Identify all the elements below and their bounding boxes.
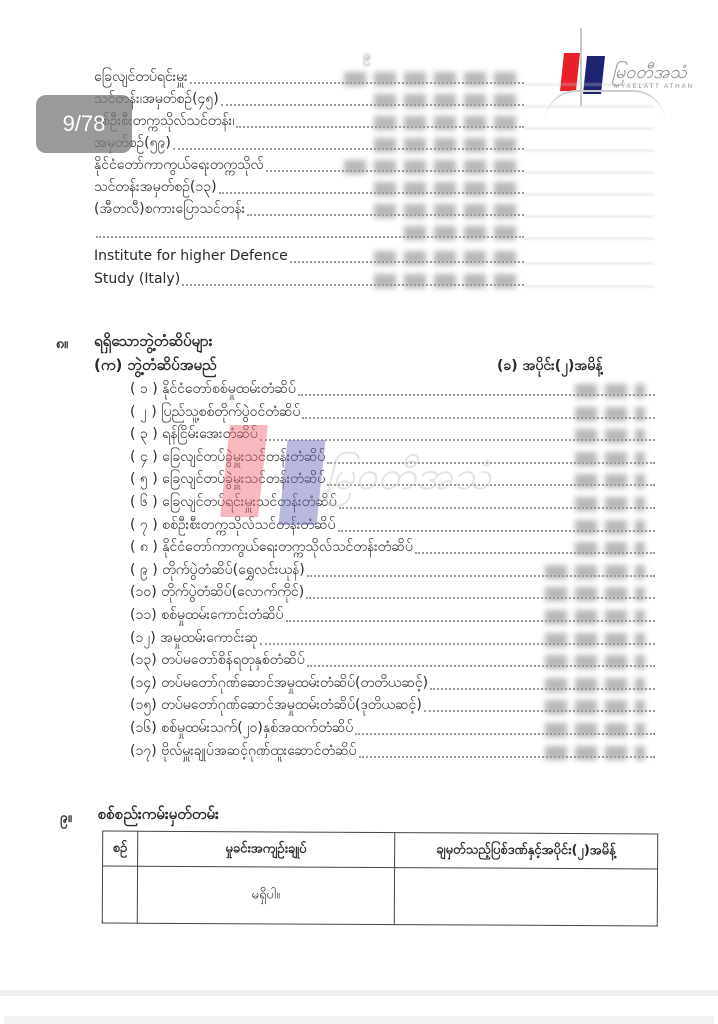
course-row: ခြေလျင်တပ်ရင်းမှူး <box>94 66 524 88</box>
redacted-date <box>575 497 645 511</box>
medal-label: ( ၆ ) ခြေလျင်တပ်ရင်းမှူးသင်တန်းတံဆိပ် <box>130 493 337 513</box>
medal-label: ( ၇ ) စစ်ဦးစီးတက္ကသိုလ်သင်တန်းတံဆိပ် <box>130 516 336 536</box>
redacted-date <box>575 474 645 488</box>
medal-row: (၁၆) စစ်မှုထမ်းသက်(၂၀)နှစ်အထက်တံဆိပ် <box>130 717 655 739</box>
course-label: Institute for higher Defence <box>94 247 288 267</box>
course-label: နိုင်ငံတော်ကာကွယ်ရေးတက္ကသိုလ် <box>94 156 264 176</box>
redacted-date <box>545 746 645 760</box>
medal-label: ( ၈ ) နိုင်ငံတော်ကာကွယ်ရေးတက္ကသိုလ်သင်တန… <box>130 538 413 558</box>
course-row: နိုင်ငံတော်ကာကွယ်ရေးတက္ကသိုလ် <box>94 154 524 176</box>
cell-case-summary: မရှိပါ။ <box>137 866 394 924</box>
logo-blue-bar <box>583 56 605 94</box>
redacted-date <box>545 700 645 714</box>
redacted-date <box>545 610 645 624</box>
course-row <box>94 220 524 242</box>
redacted-line <box>524 128 654 129</box>
redacted-date <box>545 565 645 579</box>
redacted-line <box>524 216 654 217</box>
medal-label: ( ၁ ) နိုင်ငံတော်စစ်မှုထမ်းတံဆိပ် <box>130 380 296 400</box>
section-8-subsection: (က) ဘွဲ့တံဆိပ်အမည် <box>94 356 217 378</box>
course-row: Study (Italy) <box>94 268 524 290</box>
medal-label: (၁၀) တိုက်ပွဲတံဆိပ်(လောက်ကိုင်) <box>130 583 304 603</box>
redacted-line <box>524 238 654 239</box>
redacted-line <box>524 286 654 287</box>
redacted-date <box>374 251 524 265</box>
medal-label: ( ၂ ) ပြည်သူ့စစ်တိုက်ပွဲဝင်တံဆိပ် <box>130 403 300 423</box>
cell-penalty <box>394 868 657 926</box>
redacted-line <box>524 263 654 264</box>
logo-name: မြဝတီအသံ <box>612 60 687 87</box>
medal-label: ( ၃ ) ရန်ငြိမ်းအေးတံဆိပ် <box>130 425 258 445</box>
redacted-date <box>545 633 645 647</box>
redacted-date <box>575 542 645 556</box>
medal-row: ( ၂ ) ပြည်သူ့စစ်တိုက်ပွဲဝင်တံဆိပ် <box>130 401 655 423</box>
redacted-date <box>404 226 524 240</box>
redacted-date <box>374 204 524 218</box>
medal-label: ( ၅ ) ခြေလျင်တပ်ခွဲမှူးသင်တန်းတံဆိပ် <box>130 470 325 490</box>
section-9-number: ၉။ <box>60 808 72 829</box>
medal-label: (၁၆) စစ်မှုထမ်းသက်(၂၀)နှစ်အထက်တံဆိပ် <box>130 719 353 739</box>
redacted-line <box>524 106 654 107</box>
redacted-line <box>524 172 654 173</box>
medal-row: (၁၄) တပ်မတော်ဂုဏ်ဆောင်အမှုထမ်းတံဆိပ်(တတိ… <box>130 672 655 694</box>
medal-label: (၁၂) အမှုထမ်းကောင်းဆု <box>130 629 258 649</box>
course-row: သင်တန်းအမှတ်စဉ်(၁၃) <box>94 176 524 198</box>
course-label: (အီတလီ)စကားပြောသင်တန်း <box>94 200 245 220</box>
medal-row: (၁၀) တိုက်ပွဲတံဆိပ်(လောက်ကိုင်) <box>130 581 655 603</box>
course-label: ခြေလျင်တပ်ရင်းမှူး <box>94 68 188 88</box>
redacted-date <box>344 72 524 86</box>
course-row: သင်တန်း၊အမှတ်စဉ်(၄၅) <box>94 88 524 110</box>
medal-row: ( ၆ ) ခြေလျင်တပ်ရင်းမှူးသင်တန်းတံဆိပ် <box>130 491 655 513</box>
table-header-row: စဉ် မှုခင်းအကျဉ်းချုပ် ချမှတ်သည့်ပြစ်ဒဏ်… <box>103 831 658 869</box>
medal-row: (၁၅) တပ်မတော်ဂုဏ်ဆောင်အမှုထမ်းတံဆိပ်(ဒုတ… <box>130 694 655 716</box>
medal-label: ( ၄ ) ခြေလျင်တပ်ခွဲမှူးသင်တန်းတံဆိပ် <box>130 448 325 468</box>
logo-red-bar <box>560 53 580 91</box>
redacted-date <box>545 678 645 692</box>
redacted-line <box>524 84 654 85</box>
course-label: သင်တန်းအမှတ်စဉ်(၁၃) <box>94 178 217 198</box>
redacted-date <box>575 520 645 534</box>
viewer-divider <box>0 990 718 996</box>
redacted-date <box>575 452 645 466</box>
page-indicator-badge: 9/78 <box>36 95 132 153</box>
medal-label: (၁၅) တပ်မတော်ဂုဏ်ဆောင်အမှုထမ်းတံဆိပ်(ဒုတ… <box>130 696 422 716</box>
header-penalty: ချမှတ်သည့်ပြစ်ဒဏ်နှင့်အပိုင်း(၂)အမိန့် <box>395 833 658 869</box>
medal-label: ( ၉ ) တိုက်ပွဲတံဆိပ်(ရွှေလင်းယုန်) <box>130 561 305 581</box>
medal-row: ( ၃ ) ရန်ငြိမ်းအေးတံဆိပ် <box>130 423 655 445</box>
channel-logo: မြဝတီအသံ MYAELATT ATHAN <box>540 28 715 118</box>
header-case-summary: မှုခင်းအကျဉ်းချုပ် <box>138 831 395 867</box>
redacted-date <box>575 384 645 398</box>
redacted-date <box>575 429 645 443</box>
redacted-date <box>374 274 524 288</box>
section-9-title: စစ်စည်းကမ်းမှတ်တမ်း <box>98 805 219 827</box>
course-row: Institute for higher Defence <box>94 245 524 267</box>
medal-row: ( ၁ ) နိုင်ငံတော်စစ်မှုထမ်းတံဆိပ် <box>130 378 655 400</box>
course-label: Study (Italy) <box>94 270 180 290</box>
medal-row: ( ၇ ) စစ်ဦးစီးတက္ကသိုလ်သင်တန်းတံဆိပ် <box>130 514 655 536</box>
medal-row: (၁၃) တပ်မတော်စိန်ရတုနှစ်တံဆိပ် <box>130 649 655 671</box>
medal-row: ( ၅ ) ခြေလျင်တပ်ခွဲမှူးသင်တန်းတံဆိပ် <box>130 468 655 490</box>
section-8-number: ၈။ <box>56 334 68 355</box>
medal-label: (၁၁) စစ်မှုထမ်းကောင်းတံဆိပ် <box>130 606 284 626</box>
redacted-date <box>374 138 524 152</box>
course-row: စစ်ဦးစီးတက္ကသိုလ်သင်တန်း၊ <box>94 110 524 132</box>
medal-row: (၁၂) အမှုထမ်းကောင်းဆု <box>130 627 655 649</box>
section-8-title: ရရှိသောဘွဲ့တံဆိပ်များ <box>94 332 212 354</box>
medal-row: ( ၄ ) ခြေလျင်တပ်ခွဲမှူးသင်တန်းတံဆိပ် <box>130 446 655 468</box>
redacted-line <box>524 150 654 151</box>
medal-row: ( ၈ ) နိုင်ငံတော်ကာကွယ်ရေးတက္ကသိုလ်သင်တန… <box>130 536 655 558</box>
section-8-right-heading: (ခ) အပိုင်း(၂)အမိန့် <box>497 356 602 377</box>
table-row: မရှိပါ။ <box>102 866 657 926</box>
redacted-date <box>374 182 524 196</box>
medal-label: (၁၇) ဗိုလ်မှူးချုပ်အဆင့်ဂုဏ်ထူးဆောင်တံဆိ… <box>130 742 357 762</box>
course-row: အမှတ်စဉ်(၅၉) <box>94 132 524 154</box>
cell-serial <box>102 866 137 923</box>
redacted-date <box>545 655 645 669</box>
medal-row: ( ၉ ) တိုက်ပွဲတံဆိပ်(ရွှေလင်းယုန်) <box>130 559 655 581</box>
discipline-record-table: စဉ် မှုခင်းအကျဉ်းချုပ် ချမှတ်သည့်ပြစ်ဒဏ်… <box>102 831 658 927</box>
redacted-line <box>524 194 654 195</box>
header-serial: စဉ် <box>103 831 138 866</box>
redacted-date <box>545 723 645 737</box>
page-number: ၉ <box>363 48 370 67</box>
redacted-date <box>545 587 645 601</box>
medal-row: (၁၁) စစ်မှုထမ်းကောင်းတံဆိပ် <box>130 604 655 626</box>
redacted-date <box>374 116 524 130</box>
redacted-date <box>575 407 645 421</box>
redacted-date <box>374 94 524 108</box>
medal-row: (၁၇) ဗိုလ်မှူးချုပ်အဆင့်ဂုဏ်ထူးဆောင်တံဆိ… <box>130 740 655 762</box>
redacted-date <box>344 160 524 174</box>
medal-label: (၁၄) တပ်မတော်ဂုဏ်ဆောင်အမှုထမ်းတံဆိပ်(တတိ… <box>130 674 428 694</box>
medal-label: (၁၃) တပ်မတော်စိန်ရတုနှစ်တံဆိပ် <box>130 651 305 671</box>
viewer-bottom-bar <box>4 1016 714 1024</box>
course-row: (အီတလီ)စကားပြောသင်တန်း <box>94 198 524 220</box>
